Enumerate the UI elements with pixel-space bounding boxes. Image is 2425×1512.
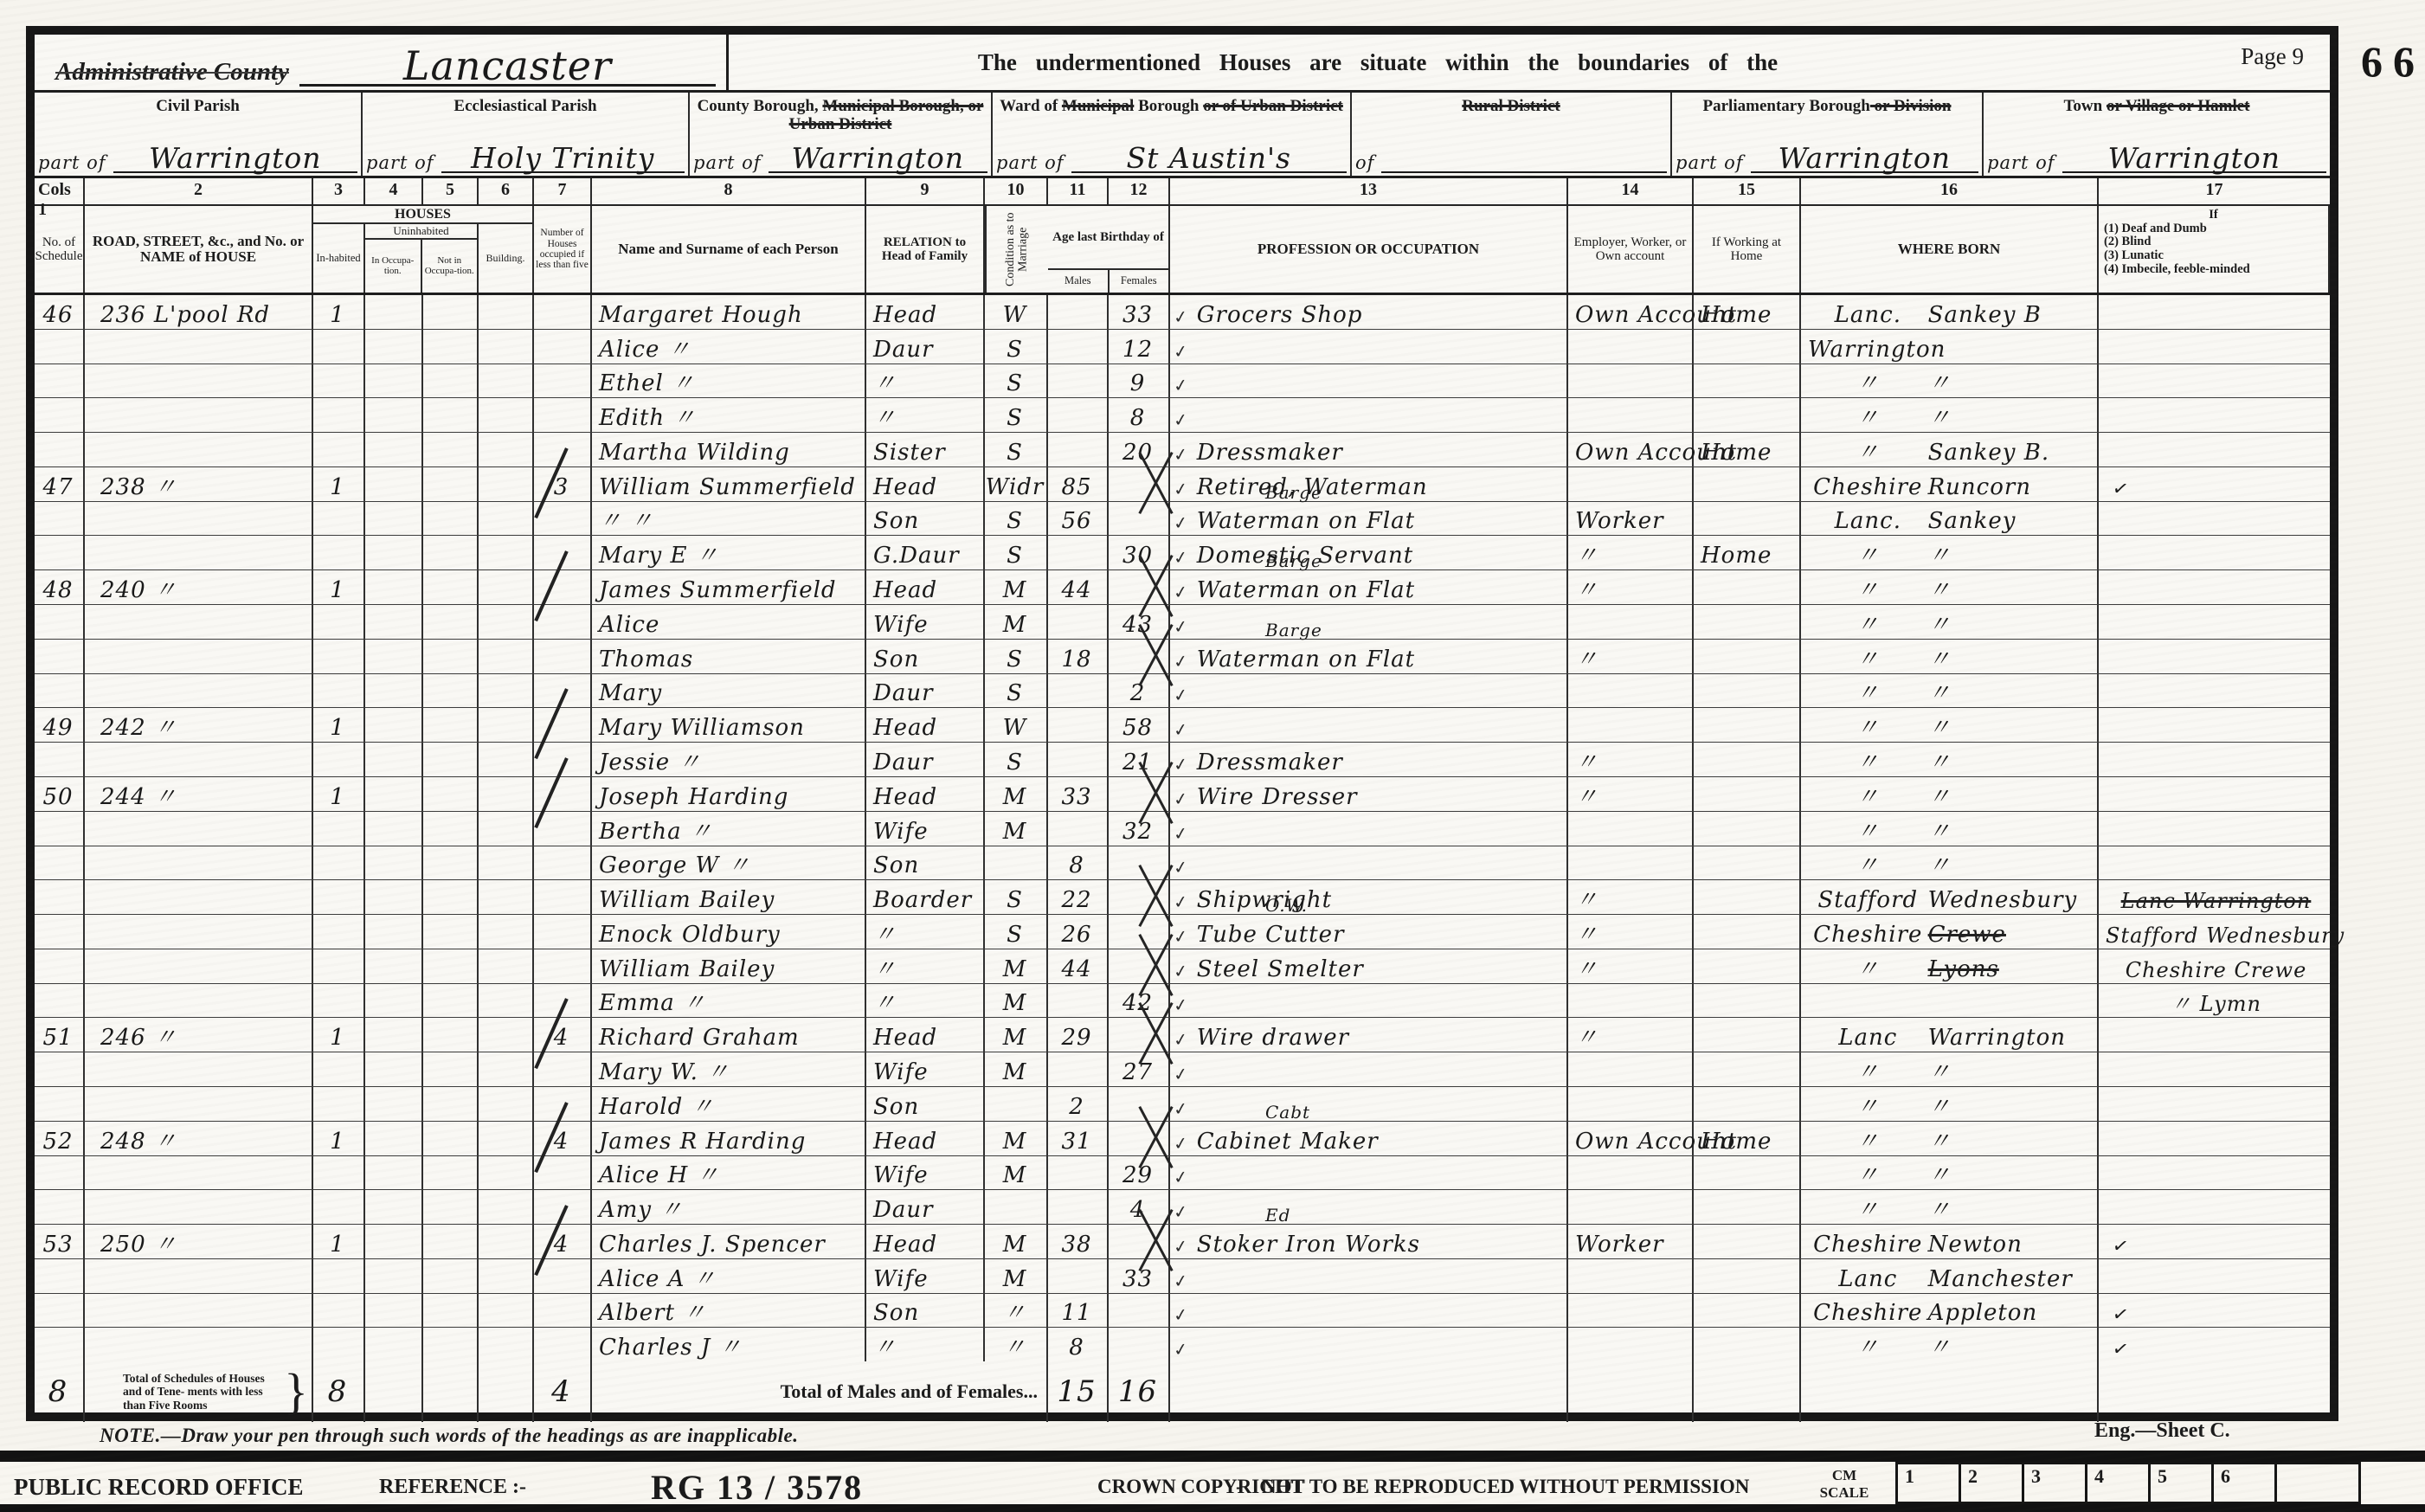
age-male bbox=[1048, 295, 1109, 329]
header-relation: RELATION to Head of Family bbox=[866, 206, 985, 293]
born-county: 〃 bbox=[1808, 682, 1928, 705]
address bbox=[85, 1156, 313, 1190]
occupation-cell: ✓Retired, Waterman bbox=[1170, 467, 1568, 501]
inhabited-mark bbox=[313, 743, 365, 776]
person-row: Mary E 〃G.DaurS30✓Domestic Servant〃Home〃… bbox=[35, 536, 2330, 570]
person-name: Alice 〃 bbox=[592, 330, 866, 364]
district-value: Warrington bbox=[2062, 145, 2326, 173]
column-number: 15 bbox=[1694, 178, 1801, 204]
working-at-home bbox=[1694, 777, 1801, 811]
schedule-number bbox=[35, 502, 85, 536]
check-mark: ✓ bbox=[1173, 859, 1189, 878]
schedule-number bbox=[35, 1259, 85, 1293]
born-county: 〃 bbox=[1808, 1061, 1928, 1084]
page-number: Page 9 bbox=[2027, 35, 2330, 90]
person-name: William Bailey bbox=[592, 880, 866, 914]
column-number: 13 bbox=[1170, 178, 1568, 204]
where-born: 〃〃 bbox=[1801, 570, 2099, 604]
employer-status: 〃 bbox=[1568, 1018, 1694, 1052]
check-mark: ✓ bbox=[1173, 928, 1189, 947]
rooms-under-five bbox=[534, 880, 592, 914]
person-name: James R Harding bbox=[592, 1122, 866, 1155]
occupation-cell: ✓Grocers Shop bbox=[1170, 295, 1568, 329]
person-name: Alice A 〃 bbox=[592, 1259, 866, 1293]
uninhabited-not-in-occupation bbox=[423, 1087, 479, 1121]
born-county: 〃 bbox=[1808, 648, 1928, 671]
schedule-number bbox=[35, 605, 85, 639]
person-name: Ethel 〃 bbox=[592, 364, 866, 398]
working-at-home bbox=[1694, 949, 1801, 983]
infirmity-line: (1) Deaf and Dumb bbox=[2104, 222, 2207, 236]
person-name: Margaret Hough bbox=[592, 295, 866, 329]
where-born: 〃〃 bbox=[1801, 674, 2099, 708]
schedule-number: 52 bbox=[35, 1122, 85, 1155]
born-place: 〃 bbox=[1928, 614, 2094, 636]
check-mark: ✓ bbox=[1173, 1031, 1189, 1050]
uninhabited-in-occupation bbox=[365, 364, 423, 398]
infirmity-cell bbox=[2099, 502, 2330, 536]
age-male: 8 bbox=[1048, 1328, 1109, 1361]
working-at-home bbox=[1694, 502, 1801, 536]
district-prefix: part of bbox=[1987, 152, 2055, 173]
age-female bbox=[1109, 502, 1170, 536]
infirmity-cell bbox=[2099, 433, 2330, 466]
age-female bbox=[1109, 1294, 1170, 1328]
brace: } bbox=[284, 1367, 308, 1417]
uninhabited-in-occupation bbox=[365, 433, 423, 466]
header-age-group: Age last Birthday of Males Females bbox=[1048, 206, 1170, 293]
header-name: Name and Surname of each Person bbox=[592, 206, 866, 293]
born-county: 〃 bbox=[1808, 751, 1928, 774]
infirmity-cell bbox=[2099, 570, 2330, 604]
person-row: Harold 〃Son2✓〃〃 bbox=[35, 1087, 2330, 1122]
marital-condition bbox=[985, 1087, 1048, 1121]
district-rural-district: Rural Districtof bbox=[1352, 93, 1672, 176]
age-female: 29 bbox=[1109, 1156, 1170, 1190]
uninhabited-not-in-occupation bbox=[423, 708, 479, 742]
marital-condition: S bbox=[985, 398, 1048, 432]
uninhabited-in-occupation bbox=[365, 777, 423, 811]
rooms-under-five bbox=[534, 915, 592, 949]
check-mark: ✓ bbox=[1173, 583, 1189, 602]
born-county: 〃 bbox=[1808, 372, 1928, 395]
inhabited-mark bbox=[313, 1259, 365, 1293]
district-band: Civil Parishpart ofWarringtonEcclesiasti… bbox=[35, 93, 2330, 178]
age-female: 43 bbox=[1109, 605, 1170, 639]
public-record-office: PUBLIC RECORD OFFICE bbox=[14, 1474, 304, 1501]
schedule-number bbox=[35, 880, 85, 914]
rooms-under-five bbox=[534, 502, 592, 536]
person-name: Martha Wilding bbox=[592, 433, 866, 466]
working-at-home bbox=[1694, 570, 1801, 604]
occupation-cell: ✓ bbox=[1170, 398, 1568, 432]
rooms-under-five bbox=[534, 570, 592, 604]
person-name: Charles J. Spencer bbox=[592, 1225, 866, 1258]
born-county: 〃 bbox=[1808, 614, 1928, 636]
where-born: LancWarrington bbox=[1801, 1018, 2099, 1052]
where-born: Warrington bbox=[1801, 330, 2099, 364]
rooms-under-five bbox=[534, 330, 592, 364]
born-county: Cheshire bbox=[1808, 923, 1928, 946]
totals-males: 15 bbox=[1057, 1377, 1096, 1406]
uninhabited-in-occupation bbox=[365, 674, 423, 708]
infirmity-cell: ✓ bbox=[2099, 1294, 2330, 1328]
occupation-cell: ✓ bbox=[1170, 330, 1568, 364]
uninhabited-not-in-occupation bbox=[423, 984, 479, 1018]
district-label: Ward of Municipal Borough or of Urban Di… bbox=[996, 98, 1347, 116]
address bbox=[85, 1087, 313, 1121]
occupation-cell: ✓Waterman on FlatBarge bbox=[1170, 502, 1568, 536]
person-name: Charles J 〃 bbox=[592, 1328, 866, 1361]
employer-status bbox=[1568, 846, 1694, 880]
born-place: 〃 bbox=[1928, 717, 2094, 739]
infirmity-line: (2) Blind bbox=[2104, 235, 2151, 249]
schedule-number bbox=[35, 1087, 85, 1121]
schedule-number bbox=[35, 949, 85, 983]
uninhabited-in-occupation bbox=[365, 1328, 423, 1361]
building bbox=[479, 1156, 534, 1190]
header-road: ROAD, STREET, &c., and No. or NAME of HO… bbox=[85, 206, 313, 293]
age-female bbox=[1109, 1122, 1170, 1155]
relation-to-head: Wife bbox=[866, 1052, 985, 1086]
building bbox=[479, 880, 534, 914]
uninhabited-in-occupation bbox=[365, 812, 423, 846]
working-at-home: Home bbox=[1694, 295, 1801, 329]
district-value: Warrington bbox=[113, 145, 357, 173]
occupation-cell: ✓ bbox=[1170, 846, 1568, 880]
born-place: Warrington bbox=[1808, 338, 2094, 361]
working-at-home bbox=[1694, 984, 1801, 1018]
where-born: 〃〃 bbox=[1801, 708, 2099, 742]
rooms-under-five bbox=[534, 1087, 592, 1121]
inhabited-mark bbox=[313, 1087, 365, 1121]
header-schedule: No. of Schedule bbox=[35, 206, 85, 293]
column-number: 17 bbox=[2099, 178, 2330, 204]
district-label: Rural District bbox=[1355, 98, 1667, 116]
check-mark: ✓ bbox=[1173, 962, 1189, 981]
uninhabited-not-in-occupation bbox=[423, 1018, 479, 1052]
uninhabited-in-occupation bbox=[365, 1294, 423, 1328]
rooms-under-five bbox=[534, 433, 592, 466]
check-mark: ✓ bbox=[2111, 1235, 2130, 1257]
person-row: 53250 〃14Charles J. SpencerHeadM38✓Stoke… bbox=[35, 1225, 2330, 1259]
age-male: 26 bbox=[1048, 915, 1109, 949]
born-correction: 〃 Lymn bbox=[2106, 994, 2326, 1014]
rooms-under-five bbox=[534, 812, 592, 846]
check-mark: ✓ bbox=[1173, 342, 1189, 361]
column-number: 10 bbox=[985, 178, 1048, 204]
inhabited-mark bbox=[313, 1156, 365, 1190]
uninhabited-not-in-occupation bbox=[423, 674, 479, 708]
check-mark: ✓ bbox=[1173, 686, 1189, 705]
person-row: 48240 〃1James SummerfieldHeadM44✓Waterma… bbox=[35, 570, 2330, 605]
where-born: 〃〃 bbox=[1801, 1156, 2099, 1190]
age-male: 18 bbox=[1048, 640, 1109, 673]
infirmity-cell bbox=[2099, 398, 2330, 432]
uninhabited-in-occupation bbox=[365, 570, 423, 604]
person-row: 50244 〃1Joseph HardingHeadM33✓Wire Dress… bbox=[35, 777, 2330, 812]
header-uninhabited: Uninhabited bbox=[365, 224, 477, 240]
born-place: Sankey bbox=[1928, 510, 2094, 532]
employer-status bbox=[1568, 1156, 1694, 1190]
occupation-cell: ✓Stoker Iron WorksEd bbox=[1170, 1225, 1568, 1258]
marital-condition: M bbox=[985, 777, 1048, 811]
age-male bbox=[1048, 1156, 1109, 1190]
schedule-number bbox=[35, 674, 85, 708]
born-county: Cheshire bbox=[1808, 476, 1928, 499]
building bbox=[479, 812, 534, 846]
born-county: 〃 bbox=[1808, 579, 1928, 602]
occupation: Waterman on Flat bbox=[1197, 648, 1415, 671]
schedule-number bbox=[35, 812, 85, 846]
person-row: Ethel 〃〃S9✓〃〃 bbox=[35, 364, 2330, 399]
born-place: 〃 bbox=[1928, 1164, 2094, 1187]
building bbox=[479, 708, 534, 742]
marital-condition: W bbox=[985, 295, 1048, 329]
employer-status: 〃 bbox=[1568, 743, 1694, 776]
relation-to-head: Head bbox=[866, 777, 985, 811]
check-mark: ✓ bbox=[1173, 1065, 1189, 1084]
check-mark: ✓ bbox=[1173, 1306, 1189, 1325]
working-at-home bbox=[1694, 1294, 1801, 1328]
marital-condition bbox=[985, 846, 1048, 880]
occupation: Cabinet Maker bbox=[1197, 1130, 1379, 1153]
inhabited-mark bbox=[313, 915, 365, 949]
born-county: 〃 bbox=[1808, 1199, 1928, 1221]
employer-status bbox=[1568, 674, 1694, 708]
where-born: Lanc.Sankey bbox=[1801, 502, 2099, 536]
age-female bbox=[1109, 467, 1170, 501]
check-mark: ✓ bbox=[1173, 308, 1189, 327]
district-value: Warrington bbox=[1751, 145, 1978, 173]
uninhabited-not-in-occupation bbox=[423, 467, 479, 501]
inhabited-mark: 1 bbox=[313, 708, 365, 742]
address bbox=[85, 743, 313, 776]
schedule-number: 48 bbox=[35, 570, 85, 604]
age-male: 44 bbox=[1048, 570, 1109, 604]
address: 248 〃 bbox=[85, 1122, 313, 1155]
uninhabited-in-occupation bbox=[365, 605, 423, 639]
infirmity-cell: Lanc Warrington bbox=[2099, 880, 2330, 914]
born-place: 〃 bbox=[1928, 1096, 2094, 1118]
building bbox=[479, 433, 534, 466]
relation-to-head: Wife bbox=[866, 1156, 985, 1190]
marital-condition: M bbox=[985, 984, 1048, 1018]
uninhabited-not-in-occupation bbox=[423, 1156, 479, 1190]
occupation-cell: ✓Wire drawer bbox=[1170, 1018, 1568, 1052]
building bbox=[479, 915, 534, 949]
column-number: 11 bbox=[1048, 178, 1109, 204]
person-row: George W 〃Son8✓〃〃 bbox=[35, 846, 2330, 881]
marital-condition: 〃 bbox=[985, 1328, 1048, 1361]
occupation-insertion: Ed bbox=[1265, 1206, 1290, 1224]
scale-mark: 1 bbox=[1895, 1462, 1959, 1504]
born-county: 〃 bbox=[1808, 786, 1928, 808]
where-born: CheshireNewton bbox=[1801, 1225, 2099, 1258]
address bbox=[85, 880, 313, 914]
working-at-home: Home bbox=[1694, 1122, 1801, 1155]
admin-band: Administrative County Lancaster The unde… bbox=[35, 35, 2330, 93]
person-row: Enock Oldbury〃S26✓Tube CutterO.W.〃Cheshi… bbox=[35, 915, 2330, 949]
building bbox=[479, 398, 534, 432]
uninhabited-in-occupation bbox=[365, 640, 423, 673]
age-female: 32 bbox=[1109, 812, 1170, 846]
born-county: Lanc. bbox=[1808, 510, 1928, 532]
born-place: Runcorn bbox=[1928, 476, 2094, 499]
where-born: 〃Lyons bbox=[1801, 949, 2099, 983]
inhabited-mark bbox=[313, 398, 365, 432]
inhabited-mark: 1 bbox=[313, 1225, 365, 1258]
district-prefix: part of bbox=[1676, 152, 1744, 173]
where-born: CheshireCrewe bbox=[1801, 915, 2099, 949]
born-county: 〃 bbox=[1808, 820, 1928, 843]
check-mark: ✓ bbox=[2111, 1304, 2130, 1326]
person-row: 〃 〃SonS56✓Waterman on FlatBargeWorkerLan… bbox=[35, 502, 2330, 537]
employer-status bbox=[1568, 708, 1694, 742]
person-row: 49242 〃1Mary WilliamsonHeadW58✓〃〃 bbox=[35, 708, 2330, 743]
person-row: Albert 〃Son〃11✓CheshireAppleton✓ bbox=[35, 1294, 2330, 1329]
schedule-number bbox=[35, 398, 85, 432]
age-female: 27 bbox=[1109, 1052, 1170, 1086]
age-female: 42 bbox=[1109, 984, 1170, 1018]
employer-status: 〃 bbox=[1568, 949, 1694, 983]
schedule-number bbox=[35, 1156, 85, 1190]
relation-to-head: Head bbox=[866, 570, 985, 604]
address bbox=[85, 984, 313, 1018]
address bbox=[85, 364, 313, 398]
rooms-under-five bbox=[534, 777, 592, 811]
age-female bbox=[1109, 915, 1170, 949]
building bbox=[479, 1087, 534, 1121]
inhabited-mark bbox=[313, 330, 365, 364]
born-place: 〃 bbox=[1928, 407, 2094, 429]
header-females: Females bbox=[1110, 270, 1169, 293]
where-born: 〃〃 bbox=[1801, 536, 2099, 569]
infirmity-cell bbox=[2099, 1156, 2330, 1190]
marital-condition: S bbox=[985, 330, 1048, 364]
born-correction: Lanc Warrington bbox=[2106, 891, 2326, 911]
district-parliamentary-borough: Parliamentary Borough or Divisionpart of… bbox=[1672, 93, 1984, 176]
born-place: 〃 bbox=[1928, 544, 2094, 567]
infirmity-cell bbox=[2099, 1190, 2330, 1224]
marital-condition: S bbox=[985, 364, 1048, 398]
age-female: 20 bbox=[1109, 433, 1170, 466]
address: 242 〃 bbox=[85, 708, 313, 742]
infirmity-cell: ✓ bbox=[2099, 1225, 2330, 1258]
cm-scale-ruler: 123456 bbox=[1895, 1462, 2361, 1504]
infirmity-cell: ✓ bbox=[2099, 467, 2330, 501]
column-number: Cols 1 bbox=[35, 178, 85, 204]
administrative-county: Administrative County Lancaster bbox=[35, 35, 729, 90]
inhabited-mark: 1 bbox=[313, 295, 365, 329]
column-number: 3 bbox=[313, 178, 365, 204]
building bbox=[479, 846, 534, 880]
building bbox=[479, 467, 534, 501]
census-form: Administrative County Lancaster The unde… bbox=[26, 26, 2338, 1421]
occupation: Waterman on Flat bbox=[1197, 579, 1415, 602]
check-mark: ✓ bbox=[1173, 996, 1189, 1015]
employer-status bbox=[1568, 467, 1694, 501]
address bbox=[85, 1328, 313, 1361]
address bbox=[85, 398, 313, 432]
person-row: Alice H 〃WifeM29✓〃〃 bbox=[35, 1156, 2330, 1191]
relation-to-head: G.Daur bbox=[866, 536, 985, 569]
building bbox=[479, 1122, 534, 1155]
marital-condition: Widr bbox=[985, 467, 1048, 501]
address bbox=[85, 915, 313, 949]
person-name: William Summerfield bbox=[592, 467, 866, 501]
rooms-under-five bbox=[534, 640, 592, 673]
totals-females: 16 bbox=[1118, 1377, 1157, 1406]
inhabited-mark bbox=[313, 502, 365, 536]
header-age: Age last Birthday of bbox=[1048, 206, 1168, 268]
employer-status: Own Account bbox=[1568, 433, 1694, 466]
working-at-home bbox=[1694, 398, 1801, 432]
relation-to-head: 〃 bbox=[866, 949, 985, 983]
uninhabited-not-in-occupation bbox=[423, 949, 479, 983]
schedule-number bbox=[35, 915, 85, 949]
age-female bbox=[1109, 880, 1170, 914]
check-mark: ✓ bbox=[1173, 618, 1189, 637]
where-born: 〃〃 bbox=[1801, 812, 2099, 846]
occupation-insertion: Barge bbox=[1265, 484, 1322, 501]
inhabited-mark bbox=[313, 605, 365, 639]
rooms-under-five bbox=[534, 1052, 592, 1086]
check-mark: ✓ bbox=[1173, 893, 1189, 912]
born-county: 〃 bbox=[1808, 1164, 1928, 1187]
marital-condition: S bbox=[985, 880, 1048, 914]
employer-status bbox=[1568, 330, 1694, 364]
born-place: 〃 bbox=[1928, 372, 2094, 395]
building bbox=[479, 605, 534, 639]
born-county: 〃 bbox=[1808, 1096, 1928, 1118]
check-mark: ✓ bbox=[1173, 1272, 1189, 1291]
rooms-under-five bbox=[534, 364, 592, 398]
relation-to-head: Son bbox=[866, 640, 985, 673]
marital-condition: S bbox=[985, 433, 1048, 466]
born-correction: Stafford Wednesbury bbox=[2106, 925, 2326, 946]
relation-to-head: Head bbox=[866, 467, 985, 501]
header-inhabited: In-habited bbox=[313, 224, 365, 293]
born-place: 〃 bbox=[1928, 579, 2094, 602]
uninhabited-not-in-occupation bbox=[423, 915, 479, 949]
district-county-borough: County Borough, Municipal Borough, or Ur… bbox=[690, 93, 993, 176]
occupation: Stoker Iron Works bbox=[1197, 1233, 1420, 1256]
schedule-number bbox=[35, 1294, 85, 1328]
marital-condition: M bbox=[985, 949, 1048, 983]
inhabited-mark: 1 bbox=[313, 1122, 365, 1155]
check-mark: ✓ bbox=[1173, 446, 1189, 465]
rooms-under-five bbox=[534, 1156, 592, 1190]
marital-condition: M bbox=[985, 812, 1048, 846]
occupation-insertion: Barge bbox=[1265, 621, 1322, 639]
pro-footer-strip: PUBLIC RECORD OFFICE REFERENCE :- RG 13 … bbox=[0, 1451, 2425, 1512]
working-at-home bbox=[1694, 467, 1801, 501]
scale-mark: 3 bbox=[2022, 1462, 2085, 1504]
marital-condition: S bbox=[985, 743, 1048, 776]
born-place: 〃 bbox=[1928, 1061, 2094, 1084]
building bbox=[479, 364, 534, 398]
uninhabited-in-occupation bbox=[365, 949, 423, 983]
person-row: Amy 〃Daur4✓〃〃 bbox=[35, 1190, 2330, 1225]
marital-condition: S bbox=[985, 640, 1048, 673]
column-number: 9 bbox=[866, 178, 985, 204]
where-born: 〃〃 bbox=[1801, 1122, 2099, 1155]
column-number: 2 bbox=[85, 178, 313, 204]
where-born: 〃〃 bbox=[1801, 743, 2099, 776]
check-mark: ✓ bbox=[1173, 824, 1189, 843]
infirmity-cell bbox=[2099, 364, 2330, 398]
